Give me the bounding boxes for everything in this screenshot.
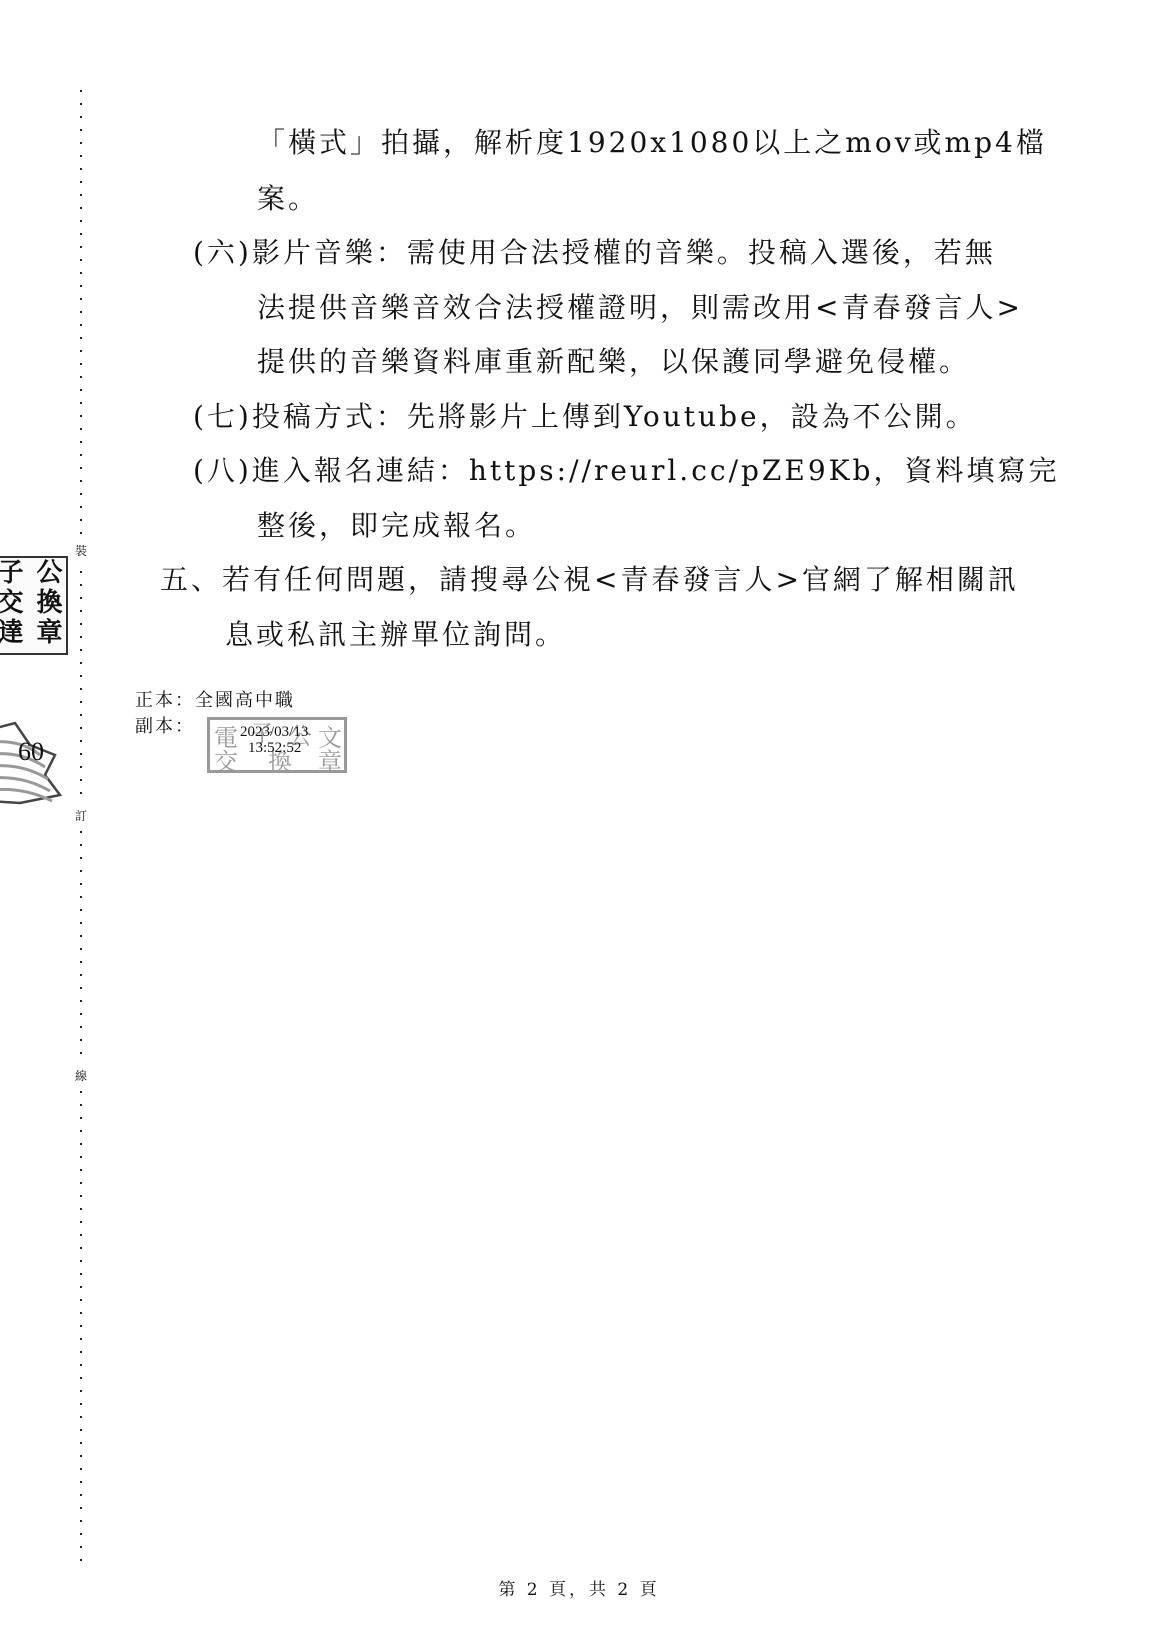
binding-dot (80, 103, 82, 105)
binding-dot (80, 1130, 82, 1132)
binding-dot (80, 207, 82, 209)
binding-dot (80, 220, 82, 222)
binding-dot (80, 467, 82, 469)
binding-dot (80, 194, 82, 196)
binding-dot (80, 454, 82, 456)
stamp-char: 達 (0, 618, 24, 648)
binding-dot (80, 363, 82, 365)
binding-dot (80, 740, 82, 742)
binding-dot (80, 1104, 82, 1106)
binding-label: 線 (75, 1070, 87, 1082)
stamp-char: 公 (36, 558, 62, 588)
binding-dot (80, 1260, 82, 1262)
binding-dot (80, 896, 82, 898)
body-line: 案。 (257, 182, 319, 216)
binding-dot (80, 922, 82, 924)
round-seal: 60 (0, 715, 62, 805)
seal-number: 60 (18, 737, 44, 767)
binding-dot (80, 1208, 82, 1210)
binding-dot (80, 233, 82, 235)
binding-dot (80, 1312, 82, 1314)
list-item-7: (七)投稿方式：先將影片上傳到Youtube，設為不公開。 (193, 400, 977, 434)
binding-dot (80, 584, 82, 586)
body-line: 整後，即完成報名。 (257, 509, 536, 543)
binding-dot (80, 844, 82, 846)
binding-dot (80, 480, 82, 482)
binding-dot (80, 961, 82, 963)
stamp-char: 章 (318, 742, 342, 777)
binding-dot (80, 1442, 82, 1444)
binding-dot (80, 1143, 82, 1145)
binding-dot (80, 753, 82, 755)
binding-dot (80, 1390, 82, 1392)
binding-dot (80, 571, 82, 573)
binding-dot (80, 727, 82, 729)
binding-dot (80, 1286, 82, 1288)
binding-dot (80, 935, 82, 937)
binding-dot (80, 1338, 82, 1340)
body-line: 提供的音樂資料庫重新配樂，以保護同學避免侵權。 (257, 345, 970, 379)
page-number: 第 2 頁，共 2 頁 (0, 1575, 1158, 1600)
binding-dot (80, 1546, 82, 1548)
original-recipient: 正本：全國高中職 (135, 688, 295, 714)
binding-dot (80, 155, 82, 157)
binding-dot (80, 1299, 82, 1301)
binding-dot (80, 1403, 82, 1405)
binding-dot (80, 909, 82, 911)
binding-dot (80, 168, 82, 170)
binding-dot (80, 402, 82, 404)
binding-label: 裝 (75, 545, 87, 557)
stamp-char: 交 (214, 742, 238, 777)
binding-dot (80, 1247, 82, 1249)
binding-dot (80, 1520, 82, 1522)
body-line: 「橫式」拍攝，解析度1920x1080以上之mov或mp4檔 (257, 126, 1047, 160)
binding-dot (80, 870, 82, 872)
binding-dot (80, 311, 82, 313)
stamp-time: 13:52:52 (248, 740, 301, 757)
binding-dot (80, 883, 82, 885)
binding-dot (80, 285, 82, 287)
list-item-8: (八)進入報名連結：https://reurl.cc/pZE9Kb，資料填寫完 (193, 454, 1059, 488)
binding-dot (80, 1169, 82, 1171)
binding-dot (80, 1234, 82, 1236)
binding-dot (80, 649, 82, 651)
binding-dot (80, 532, 82, 534)
binding-dot (80, 623, 82, 625)
binding-dot (80, 142, 82, 144)
binding-dot (80, 1481, 82, 1483)
binding-dot (80, 324, 82, 326)
binding-dot (80, 857, 82, 859)
binding-dot (80, 1429, 82, 1431)
binding-dot (80, 1156, 82, 1158)
binding-dot (80, 1468, 82, 1470)
binding-dot (80, 337, 82, 339)
binding-dot (80, 779, 82, 781)
binding-dot (80, 714, 82, 716)
binding-dot (80, 389, 82, 391)
section-5: 五、若有任何問題，請搜尋公視<青春發言人>官網了解相關訊 (160, 563, 1019, 597)
binding-dot (80, 493, 82, 495)
binding-dot (80, 636, 82, 638)
original-value: 全國高中職 (195, 690, 295, 711)
binding-dot (80, 1325, 82, 1327)
body-line: 息或私訊主辦單位詢問。 (225, 618, 566, 652)
binding-dot (80, 246, 82, 248)
binding-dot (80, 1351, 82, 1353)
binding-dot (80, 1182, 82, 1184)
binding-dot (80, 298, 82, 300)
binding-dot (80, 1091, 82, 1093)
binding-dot (80, 350, 82, 352)
document-page: 裝訂線 子 交 達 公 換 章 60 「橫式 (0, 0, 1158, 1649)
stamp-char: 子 (0, 558, 24, 588)
binding-dot (80, 974, 82, 976)
binding-dot (80, 1052, 82, 1054)
stamp-char: 交 (0, 588, 24, 618)
binding-dot (80, 1455, 82, 1457)
binding-dot (80, 831, 82, 833)
stamp-date: 2023/03/13 (240, 724, 308, 741)
binding-dot (80, 675, 82, 677)
binding-line: 裝訂線 (78, 90, 86, 1570)
binding-dot (80, 1026, 82, 1028)
binding-dot (80, 1494, 82, 1496)
binding-dot (80, 792, 82, 794)
binding-dot (80, 610, 82, 612)
binding-dot (80, 1117, 82, 1119)
binding-dot (80, 1195, 82, 1197)
binding-label: 訂 (75, 810, 87, 822)
binding-dot (80, 948, 82, 950)
binding-dot (80, 701, 82, 703)
binding-dot (80, 987, 82, 989)
binding-dot (80, 428, 82, 430)
exchange-stamp-left: 子 交 達 公 換 章 (0, 556, 68, 655)
stamp-char: 章 (36, 618, 62, 648)
binding-dot (80, 1364, 82, 1366)
list-item-6: (六)影片音樂：需使用合法授權的音樂。投稿入選後，若無 (193, 236, 996, 270)
binding-dot (80, 688, 82, 690)
original-label: 正本： (135, 690, 195, 711)
binding-dot (80, 415, 82, 417)
binding-dot (80, 1039, 82, 1041)
body-line: 法提供音樂音效合法授權證明，則需改用<青春發言人> (257, 291, 1023, 325)
binding-dot (80, 519, 82, 521)
binding-dot (80, 1000, 82, 1002)
binding-dot (80, 1377, 82, 1379)
binding-dot (80, 662, 82, 664)
stamp-char: 換 (36, 588, 62, 618)
binding-dot (80, 1559, 82, 1561)
binding-dot (80, 1533, 82, 1535)
copy-label: 副本： (135, 716, 195, 737)
binding-dot (80, 181, 82, 183)
binding-dot (80, 272, 82, 274)
binding-dot (80, 1507, 82, 1509)
binding-dot (80, 441, 82, 443)
binding-dot (80, 597, 82, 599)
binding-dot (80, 259, 82, 261)
binding-dot (80, 766, 82, 768)
binding-dot (80, 1416, 82, 1418)
binding-dot (80, 1273, 82, 1275)
binding-dot (80, 506, 82, 508)
binding-dot (80, 1013, 82, 1015)
electronic-exchange-stamp: 電 子 公 文 交 換 章 2023/03/13 13:52:52 (207, 717, 347, 773)
binding-dot (80, 1221, 82, 1223)
binding-dot (80, 116, 82, 118)
binding-dot (80, 129, 82, 131)
binding-dot (80, 376, 82, 378)
binding-dot (80, 90, 82, 92)
